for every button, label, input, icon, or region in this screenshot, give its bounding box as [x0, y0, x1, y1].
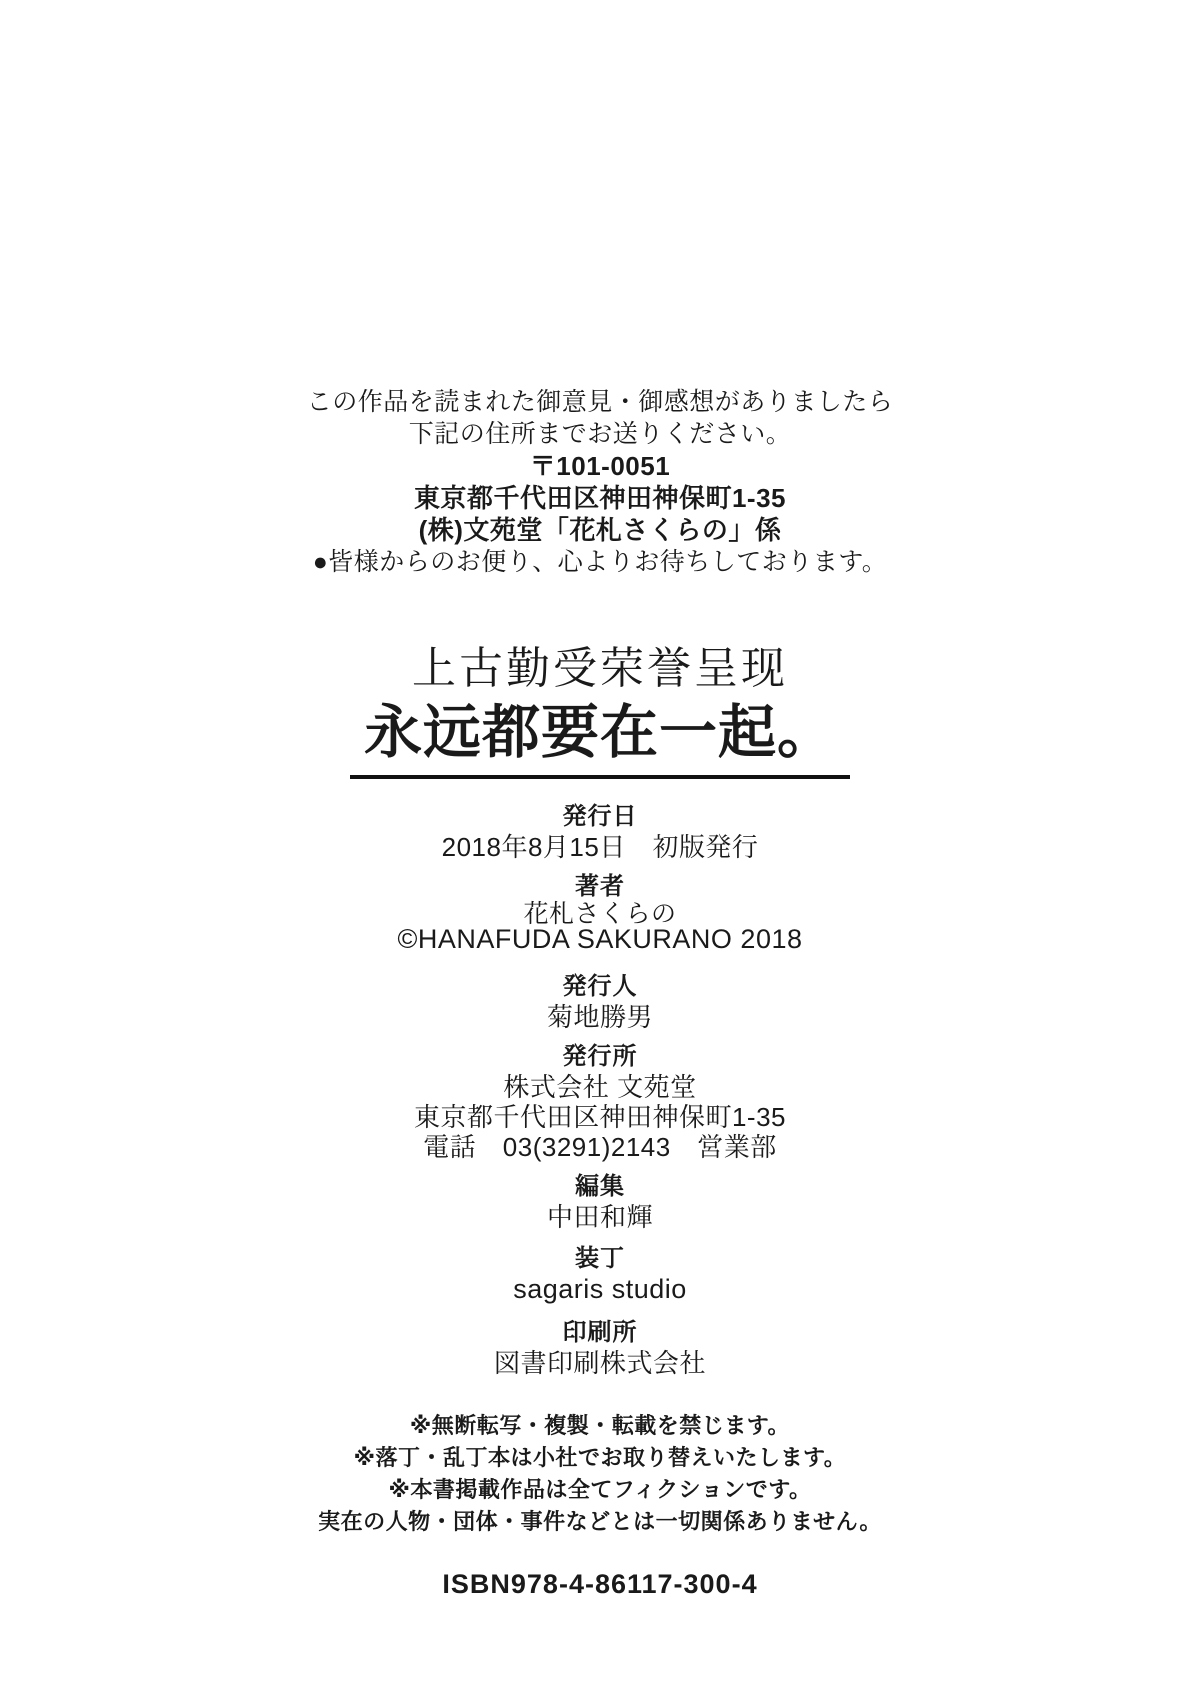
title-presenter-line: 上古勤受荣誉呈现: [0, 642, 1200, 696]
isbn-line: ISBN978-4-86117-300-4: [0, 1568, 1200, 1600]
copyright-line: ©HANAFUDA SAKURANO 2018: [0, 927, 1200, 952]
feedback-line-send-to: 下記の住所までお送りください。: [0, 418, 1200, 450]
colophon: 発行日 2018年8月15日 初版発行 著者 花札さくらの ©HANAFUDA …: [0, 802, 1200, 1388]
section-line: 図書印刷株式会社: [0, 1348, 1200, 1378]
section-label: 発行所: [0, 1042, 1200, 1072]
section-label: 装丁: [0, 1244, 1200, 1274]
care-of-line: (株)文苑堂「花札さくらの」係: [0, 514, 1200, 546]
section-publisher-company: 発行所 株式会社 文苑堂 東京都千代田区神田神保町1-35 電話 03(3291…: [0, 1042, 1200, 1162]
feedback-note: この作品を読まれた御意見・御感想がありましたら 下記の住所までお送りください。 …: [0, 386, 1200, 578]
mail-waiting-line: ●皆様からのお便り、心よりお待ちしております。: [0, 546, 1200, 578]
copyright-notices: ※無断転写・複製・転載を禁じます。 ※落丁・乱丁本は小社でお取り替えいたします。…: [0, 1410, 1200, 1538]
section-line: 菊地勝男: [0, 1002, 1200, 1032]
notice-line: 実在の人物・団体・事件などとは一切関係ありません。: [0, 1506, 1200, 1538]
section-publisher-person: 発行人 菊地勝男: [0, 972, 1200, 1032]
notice-line: ※本書掲載作品は全てフィクションです。: [0, 1474, 1200, 1506]
section-line: sagaris studio: [0, 1274, 1200, 1304]
section-issue-date: 発行日 2018年8月15日 初版発行: [0, 802, 1200, 862]
feedback-line-opinions: この作品を読まれた御意見・御感想がありましたら: [0, 386, 1200, 418]
section-design: 装丁 sagaris studio: [0, 1244, 1200, 1304]
publisher-street-address: 東京都千代田区神田神保町1-35: [0, 482, 1200, 514]
section-label: 発行人: [0, 972, 1200, 1002]
section-line: 2018年8月15日 初版発行: [0, 832, 1200, 862]
colophon-page: この作品を読まれた御意見・御感想がありましたら 下記の住所までお送りください。 …: [0, 0, 1200, 1703]
section-printer: 印刷所 図書印刷株式会社: [0, 1318, 1200, 1378]
postal-code: 〒101-0051: [0, 450, 1200, 482]
section-line: 電話 03(3291)2143 営業部: [0, 1132, 1200, 1162]
section-label: 発行日: [0, 802, 1200, 832]
notice-line: ※無断転写・複製・転載を禁じます。: [0, 1410, 1200, 1442]
section-line: 中田和輝: [0, 1202, 1200, 1232]
notice-line: ※落丁・乱丁本は小社でお取り替えいたします。: [0, 1442, 1200, 1474]
section-label: 印刷所: [0, 1318, 1200, 1348]
section-label: 編集: [0, 1172, 1200, 1202]
section-label: 著者: [0, 872, 1200, 902]
title-divider-rule: [350, 775, 850, 779]
section-editor: 編集 中田和輝: [0, 1172, 1200, 1232]
section-line: 東京都千代田区神田神保町1-35: [0, 1102, 1200, 1132]
book-title: 永远都要在一起。: [0, 700, 1200, 766]
section-line: 株式会社 文苑堂: [0, 1072, 1200, 1102]
section-author: 著者 花札さくらの ©HANAFUDA SAKURANO 2018: [0, 872, 1200, 952]
